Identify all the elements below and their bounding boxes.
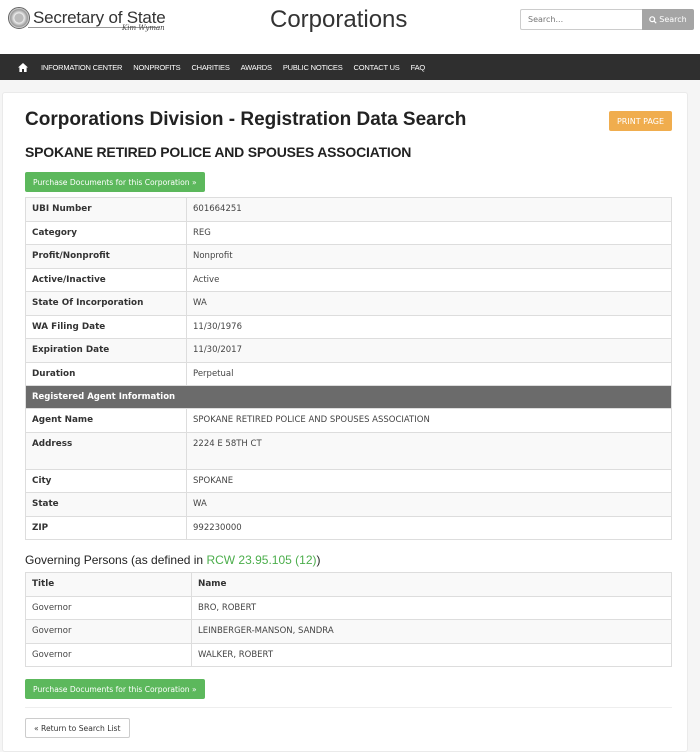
field-label: ZIP — [26, 516, 187, 540]
nav-nonprofits[interactable]: NONPROFITS — [133, 63, 180, 72]
person-name: LEINBERGER-MANSON, SANDRA — [192, 620, 672, 644]
main-nav: INFORMATION CENTER NONPROFITS CHARITIES … — [0, 54, 700, 80]
nav-faq[interactable]: FAQ — [411, 63, 425, 72]
corporation-name: SPOKANE RETIRED POLICE AND SPOUSES ASSOC… — [25, 144, 411, 160]
app-title: Corporations — [270, 6, 407, 34]
print-page-button[interactable]: PRINT PAGE — [609, 111, 672, 131]
person-title: Governor — [26, 620, 192, 644]
field-label: Expiration Date — [26, 339, 187, 363]
table-row: Expiration Date11/30/2017 — [26, 339, 672, 363]
table-row: StateWA — [26, 493, 672, 517]
field-label: WA Filing Date — [26, 315, 187, 339]
nav-information-center[interactable]: INFORMATION CENTER — [41, 63, 122, 72]
state-seal-icon — [8, 7, 30, 29]
field-value: 11/30/2017 — [187, 339, 672, 363]
registration-details-table: UBI Number601664251 CategoryREG Profit/N… — [25, 197, 672, 540]
search-bar: Search — [520, 9, 694, 30]
nav-awards[interactable]: AWARDS — [241, 63, 272, 72]
field-value: 11/30/1976 — [187, 315, 672, 339]
column-header-title: Title — [26, 573, 192, 597]
nav-public-notices[interactable]: PUBLIC NOTICES — [283, 63, 343, 72]
field-value: 992230000 — [187, 516, 672, 540]
nav-contact-us[interactable]: CONTACT US — [354, 63, 400, 72]
person-title: Governor — [26, 596, 192, 620]
column-header-name: Name — [192, 573, 672, 597]
table-row: State Of IncorporationWA — [26, 292, 672, 316]
field-label: City — [26, 469, 187, 493]
governing-heading-prefix: Governing Persons (as defined in — [25, 553, 206, 567]
table-row: DurationPerpetual — [26, 362, 672, 386]
page-title: Corporations Division - Registration Dat… — [25, 109, 466, 131]
table-row: CategoryREG — [26, 221, 672, 245]
field-value: Active — [187, 268, 672, 292]
divider — [25, 707, 672, 708]
field-label: Profit/Nonprofit — [26, 245, 187, 269]
logo-signature: Kim Wyman — [122, 24, 165, 32]
governing-persons-table: TitleName GovernorBRO, ROBERT GovernorLE… — [25, 572, 672, 667]
field-value: WA — [187, 493, 672, 517]
table-row: Profit/NonprofitNonprofit — [26, 245, 672, 269]
search-button-label: Search — [659, 15, 686, 24]
table-header-row: TitleName — [26, 573, 672, 597]
field-label: State Of Incorporation — [26, 292, 187, 316]
field-value: SPOKANE — [187, 469, 672, 493]
field-value: Perpetual — [187, 362, 672, 386]
table-row: GovernorBRO, ROBERT — [26, 596, 672, 620]
home-icon[interactable] — [18, 63, 28, 72]
field-label: Category — [26, 221, 187, 245]
field-value: WA — [187, 292, 672, 316]
table-row: WA Filing Date11/30/1976 — [26, 315, 672, 339]
field-value: 601664251 — [187, 198, 672, 222]
table-row: UBI Number601664251 — [26, 198, 672, 222]
field-value: SPOKANE RETIRED POLICE AND SPOUSES ASSOC… — [187, 409, 672, 433]
nav-charities[interactable]: CHARITIES — [191, 63, 229, 72]
governing-heading-suffix: ) — [317, 553, 321, 567]
field-label: Duration — [26, 362, 187, 386]
content-panel: Corporations Division - Registration Dat… — [2, 92, 688, 745]
field-label: Address — [26, 432, 187, 469]
field-label: State — [26, 493, 187, 517]
section-header-row: Registered Agent Information — [26, 386, 672, 409]
field-value: Nonprofit — [187, 245, 672, 269]
registered-agent-heading: Registered Agent Information — [26, 386, 672, 409]
rcw-link[interactable]: RCW 23.95.105 (12) — [206, 553, 316, 567]
site-header: Secretary of State Kim Wyman Corporation… — [0, 0, 700, 54]
table-row: ZIP992230000 — [26, 516, 672, 540]
field-label: Agent Name — [26, 409, 187, 433]
table-row: CitySPOKANE — [26, 469, 672, 493]
search-button[interactable]: Search — [642, 9, 694, 30]
table-row: Active/InactiveActive — [26, 268, 672, 292]
purchase-documents-button-bottom[interactable]: Purchase Documents for this Corporation … — [25, 679, 205, 699]
person-name: BRO, ROBERT — [192, 596, 672, 620]
search-input[interactable] — [520, 9, 642, 30]
table-row: GovernorLEINBERGER-MANSON, SANDRA — [26, 620, 672, 644]
table-row: GovernorWALKER, ROBERT — [26, 643, 672, 667]
table-row: Agent NameSPOKANE RETIRED POLICE AND SPO… — [26, 409, 672, 433]
person-title: Governor — [26, 643, 192, 667]
return-to-search-button[interactable]: « Return to Search List — [25, 718, 130, 738]
field-label: UBI Number — [26, 198, 187, 222]
purchase-documents-button[interactable]: Purchase Documents for this Corporation … — [25, 172, 205, 192]
person-name: WALKER, ROBERT — [192, 643, 672, 667]
governing-persons-heading: Governing Persons (as defined in RCW 23.… — [25, 553, 321, 567]
table-row: Address2224 E 58TH CT — [26, 432, 672, 469]
field-label: Active/Inactive — [26, 268, 187, 292]
field-value: REG — [187, 221, 672, 245]
search-icon — [649, 16, 657, 24]
field-value: 2224 E 58TH CT — [187, 432, 672, 469]
